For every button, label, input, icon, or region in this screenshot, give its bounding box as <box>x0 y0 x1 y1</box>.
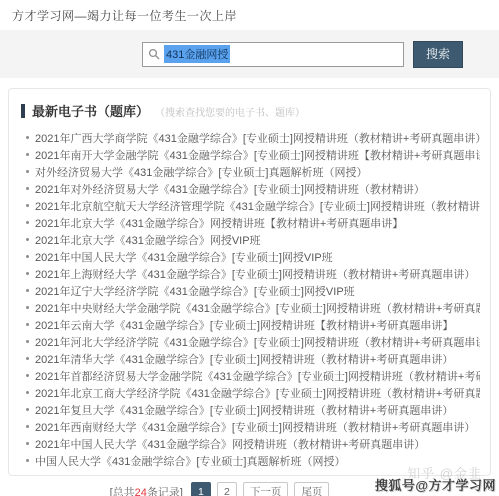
list-item[interactable]: 2021年南开大学金融学院《431金融学综合》[专业硕士]网授精讲班【教材精讲+… <box>19 146 480 163</box>
bullet-icon <box>26 408 29 411</box>
list-item[interactable]: 2021年中国人民大学《431金融学综合》[专业硕士]网授VIP班 <box>19 248 480 265</box>
bullet-icon <box>26 425 29 428</box>
bullet-icon <box>26 306 29 309</box>
list-item[interactable]: 2021年北京工商大学经济学院《431金融学综合》[专业硕士]网授精讲班（教材精… <box>19 384 480 401</box>
list-item[interactable]: 2021年北京大学《431金融学综合》网授VIP班 <box>19 231 480 248</box>
list-item[interactable]: 2021年复旦大学《431金融学综合》[专业硕士]网授精讲班（教材精讲+考研真题… <box>19 401 480 418</box>
ebook-list: 2021年广西大学商学院《431金融学综合》[专业硕士]网授精讲班（教材精讲+考… <box>19 129 480 469</box>
list-item[interactable]: 2021年北京大学《431金融学综合》网授精讲班【教材精讲+考研真题串讲】 <box>19 214 480 231</box>
bullet-icon <box>26 187 29 190</box>
list-item[interactable]: 中国人民大学《431金融学综合》[专业硕士]真题解析班（网授） <box>19 452 480 469</box>
bullet-icon <box>26 459 29 462</box>
search-band: 431金融网授 搜索 <box>0 30 499 78</box>
record-count: [总共24条记录] <box>110 484 183 496</box>
list-item[interactable]: 2021年河北大学经济学院《431金融学综合》[专业硕士]网授精讲班（教材精讲+… <box>19 333 480 350</box>
list-item[interactable]: 2021年对外经济贸易大学《431金融学综合》[专业硕士]网授精讲班（教材精讲） <box>19 180 480 197</box>
page-button-1[interactable]: 1 <box>191 482 211 496</box>
list-item[interactable]: 对外经济贸易大学《431金融学综合》[专业硕士]真题解析班（网授） <box>19 163 480 180</box>
list-item[interactable]: 2021年辽宁大学经济学院《431金融学综合》[专业硕士]网授VIP班 <box>19 282 480 299</box>
bullet-icon <box>26 255 29 258</box>
section-accent-bar <box>21 104 25 118</box>
bullet-icon <box>26 340 29 343</box>
site-slogan: 方才学习网—竭力让每一位考生一次上岸 <box>0 0 499 30</box>
section-title: 最新电子书（题库） <box>32 101 149 120</box>
search-input[interactable]: 431金融网授 <box>142 42 404 67</box>
bullet-icon <box>26 153 29 156</box>
list-item[interactable]: 2021年广西大学商学院《431金融学综合》[专业硕士]网授精讲班（教材精讲+考… <box>19 129 480 146</box>
list-item[interactable]: 2021年北京航空航天大学经济管理学院《431金融学综合》[专业硕士]网授精讲班… <box>19 197 480 214</box>
next-page-button[interactable]: 下一页 <box>243 482 289 496</box>
last-page-button[interactable]: 尾页 <box>294 482 329 496</box>
bullet-icon <box>26 391 29 394</box>
bullet-icon <box>26 238 29 241</box>
bullet-icon <box>26 204 29 207</box>
list-item[interactable]: 2021年云南大学《431金融学综合》[专业硕士]网授精讲班【教材精讲+考研真题… <box>19 316 480 333</box>
bullet-icon <box>26 289 29 292</box>
bullet-icon <box>26 221 29 224</box>
search-button[interactable]: 搜索 <box>413 41 463 68</box>
bullet-icon <box>26 442 29 445</box>
list-item[interactable]: 2021年上海财经大学《431金融学综合》[专业硕士]网授精讲班（教材精讲+考研… <box>19 265 480 282</box>
section-header: 最新电子书（题库） （搜索查找您要的电子书、题库） <box>21 101 480 120</box>
search-query-selected-text[interactable]: 431金融网授 <box>164 45 230 63</box>
bullet-icon <box>26 272 29 275</box>
pagination: [总共24条记录] 1 2 下一页 尾页 <box>0 482 439 496</box>
bullet-icon <box>26 170 29 173</box>
list-item[interactable]: 2021年中国人民大学《431金融学综合》网授精讲班（教材精讲+考研真题串讲） <box>19 435 480 452</box>
list-item[interactable]: 2021年中央财经大学金融学院《431金融学综合》[专业硕士]网授精讲班（教材精… <box>19 299 480 316</box>
bullet-icon <box>26 136 29 139</box>
latest-ebooks-panel: 最新电子书（题库） （搜索查找您要的电子书、题库） 2021年广西大学商学院《4… <box>8 88 491 476</box>
bullet-icon <box>26 323 29 326</box>
list-item[interactable]: 2021年清华大学《431金融学综合》[专业硕士]网授精讲班（教材精讲+考研真题… <box>19 350 480 367</box>
list-item[interactable]: 2021年首都经济贸易大学金融学院《431金融学综合》[专业硕士]网授精讲班（教… <box>19 367 480 384</box>
page-button-2[interactable]: 2 <box>217 482 237 496</box>
bullet-icon <box>26 374 29 377</box>
search-icon <box>148 48 160 60</box>
bullet-icon <box>26 357 29 360</box>
list-item[interactable]: 2021年西南财经大学《431金融学综合》[专业硕士]网授精讲班（教材精讲+考研… <box>19 418 480 435</box>
record-count-number: 24 <box>135 487 147 496</box>
section-hint: （搜索查找您要的电子书、题库） <box>155 102 305 119</box>
